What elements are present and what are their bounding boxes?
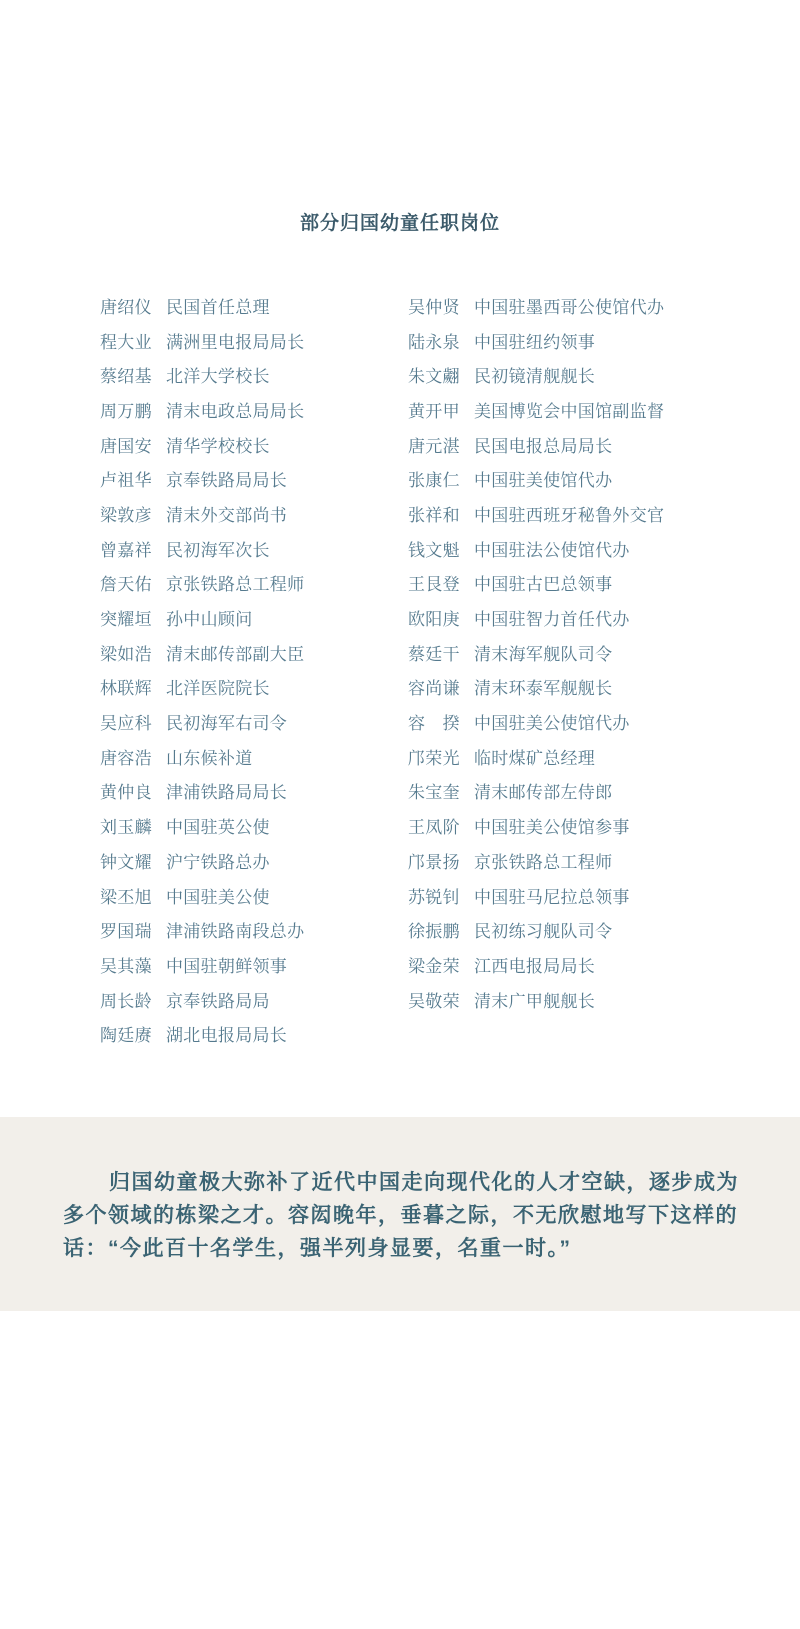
person-position: 中国驻马尼拉总领事 — [474, 883, 630, 908]
person-name: 王艮登 — [408, 570, 474, 595]
person-position: 中国驻法公使馆代办 — [474, 536, 630, 561]
roster-row: 苏锐钊中国驻马尼拉总领事 — [408, 878, 664, 913]
person-position: 民初练习舰队司令 — [474, 917, 612, 942]
roster-column-right: 吴仲贤中国驻墨西哥公使馆代办陆永泉中国驻纽约领事朱文翽民初镜清舰舰长黄开甲美国博… — [408, 288, 664, 1051]
person-position: 美国博览会中国馆副监督 — [474, 397, 664, 422]
person-name: 黄开甲 — [408, 397, 474, 422]
roster-row: 朱宝奎清末邮传部左侍郎 — [408, 774, 664, 809]
person-name: 朱文翽 — [408, 362, 474, 387]
roster-row: 钟文耀沪宁铁路总办 — [100, 843, 408, 878]
roster-row: 周长龄京奉铁路局局 — [100, 982, 408, 1017]
roster-row: 唐国安清华学校校长 — [100, 427, 408, 462]
person-position: 清末邮传部左侍郎 — [474, 778, 612, 803]
roster-row: 张康仁中国驻美使馆代办 — [408, 461, 664, 496]
roster-row: 朱文翽民初镜清舰舰长 — [408, 357, 664, 392]
person-position: 中国驻美公使馆参事 — [474, 813, 630, 838]
roster-row: 蔡绍基北洋大学校长 — [100, 357, 408, 392]
roster-row: 突耀垣孙中山顾问 — [100, 600, 408, 635]
roster-row: 黄仲良津浦铁路局局长 — [100, 774, 408, 809]
roster-row: 陆永泉中国驻纽约领事 — [408, 323, 664, 358]
person-name: 陆永泉 — [408, 328, 474, 353]
person-position: 临时煤矿总经理 — [474, 744, 595, 769]
person-name: 唐国安 — [100, 432, 166, 457]
roster-row: 吴敬荣清末广甲舰舰长 — [408, 982, 664, 1017]
person-name: 蔡绍基 — [100, 362, 166, 387]
person-name: 梁金荣 — [408, 952, 474, 977]
person-name: 曾嘉祥 — [100, 536, 166, 561]
article-page: 部分归国幼童任职岗位 唐绍仪民国首任总理程大业满洲里电报局局长蔡绍基北洋大学校长… — [0, 0, 800, 1311]
person-position: 中国驻英公使 — [166, 813, 270, 838]
roster-row: 欧阳庚中国驻智力首任代办 — [408, 600, 664, 635]
person-position: 中国驻智力首任代办 — [474, 605, 630, 630]
person-name: 刘玉麟 — [100, 813, 166, 838]
footer-paragraph-line: 多个领域的栋梁之才。容闳晚年，垂暮之际，不无欣慰地写下这样的 — [63, 1199, 737, 1232]
person-name: 朱宝奎 — [408, 778, 474, 803]
roster-row: 刘玉麟中国驻英公使 — [100, 808, 408, 843]
person-position: 中国驻美公使馆代办 — [474, 709, 630, 734]
person-name: 张祥和 — [408, 501, 474, 526]
footer-paragraph-line: 归国幼童极大弥补了近代中国走向现代化的人才空缺，逐步成为 — [63, 1166, 737, 1199]
person-position: 津浦铁路南段总办 — [166, 917, 304, 942]
roster-row: 詹天佑京张铁路总工程师 — [100, 566, 408, 601]
person-position: 京张铁路总工程师 — [474, 848, 612, 873]
roster-row: 王凤阶中国驻美公使馆参事 — [408, 808, 664, 843]
page-title: 部分归国幼童任职岗位 — [0, 0, 800, 235]
person-name: 邝荣光 — [408, 744, 474, 769]
roster-table: 唐绍仪民国首任总理程大业满洲里电报局局长蔡绍基北洋大学校长周万鹏清末电政总局局长… — [100, 288, 800, 1051]
roster-row: 王艮登中国驻古巴总领事 — [408, 566, 664, 601]
person-name: 徐振鹏 — [408, 917, 474, 942]
roster-row: 梁丕旭中国驻美公使 — [100, 878, 408, 913]
footer-paragraph-line: 话：“今此百十名学生，强半列身显要，名重一时。” — [63, 1232, 737, 1265]
person-position: 京奉铁路局局 — [166, 987, 270, 1012]
person-name: 容尚谦 — [408, 674, 474, 699]
person-name: 周万鹏 — [100, 397, 166, 422]
roster-row: 周万鹏清末电政总局局长 — [100, 392, 408, 427]
roster-row: 容 揆中国驻美公使馆代办 — [408, 704, 664, 739]
person-name: 梁如浩 — [100, 640, 166, 665]
person-position: 民国首任总理 — [166, 293, 270, 318]
person-position: 孙中山顾问 — [166, 605, 253, 630]
person-name: 吴应科 — [100, 709, 166, 734]
roster-row: 邝景扬京张铁路总工程师 — [408, 843, 664, 878]
person-position: 京张铁路总工程师 — [166, 570, 304, 595]
person-position: 北洋医院院长 — [166, 674, 270, 699]
person-position: 清末广甲舰舰长 — [474, 987, 595, 1012]
person-position: 北洋大学校长 — [166, 362, 270, 387]
person-name: 程大业 — [100, 328, 166, 353]
person-name: 周长龄 — [100, 987, 166, 1012]
person-name: 陶廷赓 — [100, 1021, 166, 1046]
person-position: 中国驻美公使 — [166, 883, 270, 908]
footer-paragraph: 归国幼童极大弥补了近代中国走向现代化的人才空缺，逐步成为多个领域的栋梁之才。容闳… — [63, 1166, 737, 1265]
person-name: 张康仁 — [408, 466, 474, 491]
person-position: 沪宁铁路总办 — [166, 848, 270, 873]
roster-row: 陶廷赓湖北电报局局长 — [100, 1016, 408, 1051]
roster-row: 唐元湛民国电报总局局长 — [408, 427, 664, 462]
person-position: 满洲里电报局局长 — [166, 328, 304, 353]
roster-row: 黄开甲美国博览会中国馆副监督 — [408, 392, 664, 427]
person-name: 吴敬荣 — [408, 987, 474, 1012]
person-position: 中国驻古巴总领事 — [474, 570, 612, 595]
roster-row: 梁金荣江西电报局局长 — [408, 947, 664, 982]
roster-row: 梁敦彦清末外交部尚书 — [100, 496, 408, 531]
roster-row: 邝荣光临时煤矿总经理 — [408, 739, 664, 774]
roster-row: 张祥和中国驻西班牙秘鲁外交官 — [408, 496, 664, 531]
roster-row: 蔡廷干清末海军舰队司令 — [408, 635, 664, 670]
person-name: 欧阳庚 — [408, 605, 474, 630]
roster-row: 钱文魁中国驻法公使馆代办 — [408, 531, 664, 566]
roster-row: 林联辉北洋医院院长 — [100, 670, 408, 705]
roster-column-left: 唐绍仪民国首任总理程大业满洲里电报局局长蔡绍基北洋大学校长周万鹏清末电政总局局长… — [100, 288, 408, 1051]
person-name: 钱文魁 — [408, 536, 474, 561]
person-position: 民初海军右司令 — [166, 709, 287, 734]
roster-row: 吴其藻中国驻朝鲜领事 — [100, 947, 408, 982]
person-position: 清末电政总局局长 — [166, 397, 304, 422]
person-position: 民初镜清舰舰长 — [474, 362, 595, 387]
person-name: 唐容浩 — [100, 744, 166, 769]
person-position: 清末海军舰队司令 — [474, 640, 612, 665]
roster-row: 容尚谦清末环泰军舰舰长 — [408, 670, 664, 705]
person-position: 民国电报总局局长 — [474, 432, 612, 457]
person-name: 容 揆 — [408, 709, 474, 734]
person-name: 蔡廷干 — [408, 640, 474, 665]
roster-row: 卢祖华京奉铁路局局长 — [100, 461, 408, 496]
roster-row: 徐振鹏民初练习舰队司令 — [408, 912, 664, 947]
person-position: 清华学校校长 — [166, 432, 270, 457]
person-name: 黄仲良 — [100, 778, 166, 803]
person-name: 唐元湛 — [408, 432, 474, 457]
person-name: 王凤阶 — [408, 813, 474, 838]
person-name: 吴仲贤 — [408, 293, 474, 318]
person-name: 詹天佑 — [100, 570, 166, 595]
roster-row: 吴仲贤中国驻墨西哥公使馆代办 — [408, 288, 664, 323]
person-position: 清末邮传部副大臣 — [166, 640, 304, 665]
person-name: 苏锐钊 — [408, 883, 474, 908]
person-position: 中国驻墨西哥公使馆代办 — [474, 293, 664, 318]
person-position: 中国驻西班牙秘鲁外交官 — [474, 501, 664, 526]
person-name: 梁敦彦 — [100, 501, 166, 526]
person-position: 中国驻纽约领事 — [474, 328, 595, 353]
person-position: 湖北电报局局长 — [166, 1021, 287, 1046]
person-name: 卢祖华 — [100, 466, 166, 491]
person-name: 突耀垣 — [100, 605, 166, 630]
person-position: 民初海军次长 — [166, 536, 270, 561]
roster-row: 罗国瑞津浦铁路南段总办 — [100, 912, 408, 947]
roster-row: 曾嘉祥民初海军次长 — [100, 531, 408, 566]
roster-row: 程大业满洲里电报局局长 — [100, 323, 408, 358]
roster-row: 唐绍仪民国首任总理 — [100, 288, 408, 323]
person-position: 清末环泰军舰舰长 — [474, 674, 612, 699]
person-position: 中国驻美使馆代办 — [474, 466, 612, 491]
person-name: 邝景扬 — [408, 848, 474, 873]
person-position: 津浦铁路局局长 — [166, 778, 287, 803]
person-name: 罗国瑞 — [100, 917, 166, 942]
roster-row: 唐容浩山东候补道 — [100, 739, 408, 774]
person-name: 钟文耀 — [100, 848, 166, 873]
person-name: 吴其藻 — [100, 952, 166, 977]
person-position: 京奉铁路局局长 — [166, 466, 287, 491]
person-position: 江西电报局局长 — [474, 952, 595, 977]
person-name: 唐绍仪 — [100, 293, 166, 318]
person-name: 林联辉 — [100, 674, 166, 699]
person-position: 中国驻朝鲜领事 — [166, 952, 287, 977]
roster-row: 吴应科民初海军右司令 — [100, 704, 408, 739]
roster-row: 梁如浩清末邮传部副大臣 — [100, 635, 408, 670]
person-name: 梁丕旭 — [100, 883, 166, 908]
footer-panel: 归国幼童极大弥补了近代中国走向现代化的人才空缺，逐步成为多个领域的栋梁之才。容闳… — [0, 1117, 800, 1311]
person-position: 山东候补道 — [166, 744, 253, 769]
person-position: 清末外交部尚书 — [166, 501, 287, 526]
